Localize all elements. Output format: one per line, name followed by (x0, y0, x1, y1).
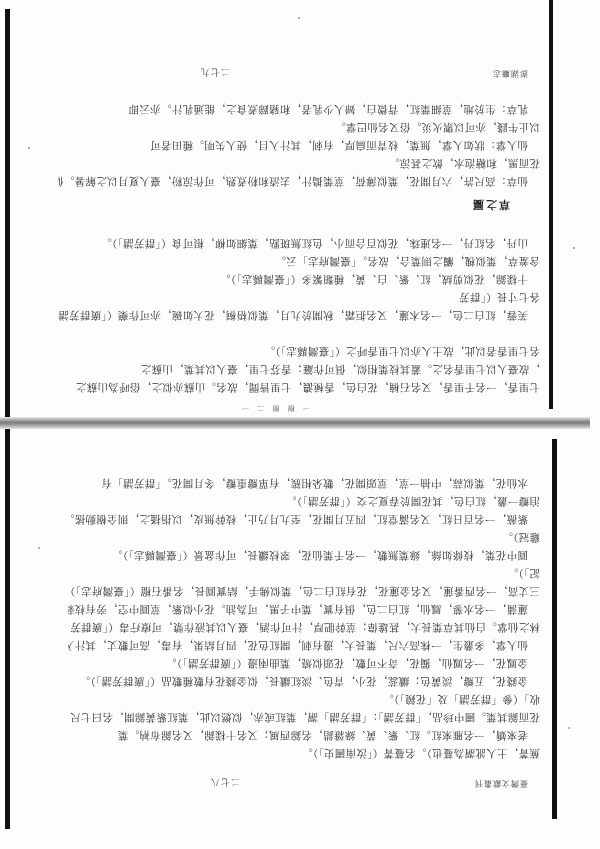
scan-speck (38, 547, 40, 549)
text-line: 老來嬌，一名雁來紅。紅、紫、黃、綠雜錯，名錦西風；又名十樣錦，又名錦布衲。葉 (68, 729, 540, 741)
page-278: 臺灣文獻叢刊 二七八 蕪菁，土人訛謂為蔓也）。名蔓菁（「汝南圃史」）。 老來嬌，… (55, 434, 540, 809)
text-line: 十樣錦，花似剪絨，紅、紫、白、黃，種類繁多（「臺灣縣志」）。 (58, 273, 540, 285)
text-line: 紫薇，一名百日紅，又名滿堂紅，四五月開花，至九月乃止，枝幹無皮，以指搔之，則全樹… (58, 513, 540, 525)
scan-speck (298, 17, 300, 19)
text-line: 七里香，一名千里香，又名石楠，花白色，香極濃，七里皆聞，故名。山蘇亦似之，俗呼為… (70, 381, 540, 393)
text-line: 山丹，名紅丹，一名連珠，花似百合而小，色紅無斑點，葉細如柳，根可食（「群芳譜」）… (58, 237, 540, 249)
book-gutter-fold (0, 417, 590, 429)
page-number: 二七八 (210, 776, 240, 789)
text-line: 名七里香者以此，故土人亦以七里香呼之（「臺灣縣志」）。 (140, 345, 540, 357)
scan-speck (568, 727, 570, 729)
page-279: 七里香，一名千里香，又名石楠，花白色，香極濃，七里皆聞，故名。山蘇亦似之，俗呼為… (55, 21, 540, 401)
text-line: 仙人掌：狀如人掌，無葉，枝青而扁厚，有刺，其汁入目，使人失明。種田者可 (58, 139, 540, 151)
section-heading: 草之屬 (471, 197, 510, 213)
text-line: 芙蓉，紅白二色，一名木蓮，又名拒霜，秋開於九月，葉似梧桐，花大如碗，亦可作藥（「… (58, 309, 540, 321)
text-line: 花而錦其葉。圃中珍品，「群芳譜」：「群芳譜」謂，葉紅或赤，似燃以此，葉紅紫黃錦開… (70, 711, 540, 723)
running-head: 澎湖廳志 (492, 68, 528, 79)
text-line: 含羞草，葉似槐，觸之則葉合，故名。「臺灣府志」云。 (260, 255, 540, 267)
text-line: 洎瓣一叢，紅白色，其花開於春夏之交（「群芳譜」）。 (200, 495, 540, 507)
scan-speck (28, 147, 30, 149)
text-line: 三丈高，一名西番蓮，又名金蓮花，花有紅白二色，葉似佛手，結實圓長，名番石榴（「臺… (70, 585, 540, 597)
text-line: 金鳳花，一名鳳仙，獨花，奇不可數，花頭似燒，葉曲兩邊（「廣群芳譜」）。 (118, 657, 540, 669)
text-line: 金錢花，五瓣，淡黃色；纖蕊，花小，青色、淡紅纖長，似金錢花有數種數品（「廣群芳譜… (58, 675, 540, 687)
scanner-edge-bar (549, 0, 553, 409)
text-line: 圓中花葉，枝條如絲，綠葉無數，一名千葉仙花，翠枝纖長，可作盆景（「臺灣縣志」）。 (63, 549, 540, 561)
text-line: 雞冠）。 (480, 531, 540, 543)
text-line: 收」（參「群芳譜」及「花鏡」）。 (240, 693, 540, 705)
text-line: 花而黑，和糖泡水，飲之甚涼。 (340, 157, 540, 169)
running-head: 臺灣文獻叢刊 (474, 778, 528, 789)
gutter-marks: 一 樹 樹 二 一 (239, 403, 310, 413)
text-line: 仙人掌，多叢生，一株高六尺，葉長大，邊有刺，開紅色花，四月結果，有毒，高可數丈，… (68, 639, 540, 651)
page-number: 二七九 (200, 66, 230, 79)
text-line: 記」）。 (480, 567, 540, 579)
text-line: 水仙花，葉似蒜，中抽一莖，莖頭開花，數朵相簇，有單瓣重瓣，冬月開花。「群芳譜」有 (63, 477, 540, 489)
text-line: 仙草：高尺許，六月開花，葉似薄荷，莖葉搗汁，去渣和粉煮熟，可作涼粉，臺人夏月以之… (58, 175, 540, 187)
text-line: 以止牛踐，亦可以禦火災。俗又名仙巴掌。 (260, 121, 540, 133)
text-line: 蕪菁，土人訛謂為蔓也）。名蔓菁（「汝南圃史」）。 (80, 747, 540, 759)
text-line: 林之仙掌。白仙其草葉長大，甚雄偉；莖幹肥厚，汁可作酒，臺人以其液作漿，可療疔毒（… (70, 621, 540, 633)
text-line: ，故臺人以七里香名之。蓋其枝葉相似，俱可作籬；香芬七里，臺人以其葉，山蘇之 (70, 363, 540, 375)
scan-speck (573, 247, 575, 249)
text-line: 乳草：生於地，莖細葉紅，背微白，婦人少乳者，和豬蹄煮食之，能通乳汁。亦云即 (58, 103, 540, 115)
scanner-edge-bar (552, 439, 557, 819)
scanned-document-spread: 臺灣文獻叢刊 二七八 蕪菁，土人訛謂為蔓也）。名蔓菁（「汝南圃史」）。 老來嬌，… (0, 0, 600, 849)
text-line: 蓮蒲，一名水蓼，鳳仙，紅白二色，俱有實，葉中子黑，可為油。花小似紫，莖圓中空，旁… (68, 603, 540, 615)
text-line: 各七寸長（「群芳譜」）。 (460, 291, 540, 303)
